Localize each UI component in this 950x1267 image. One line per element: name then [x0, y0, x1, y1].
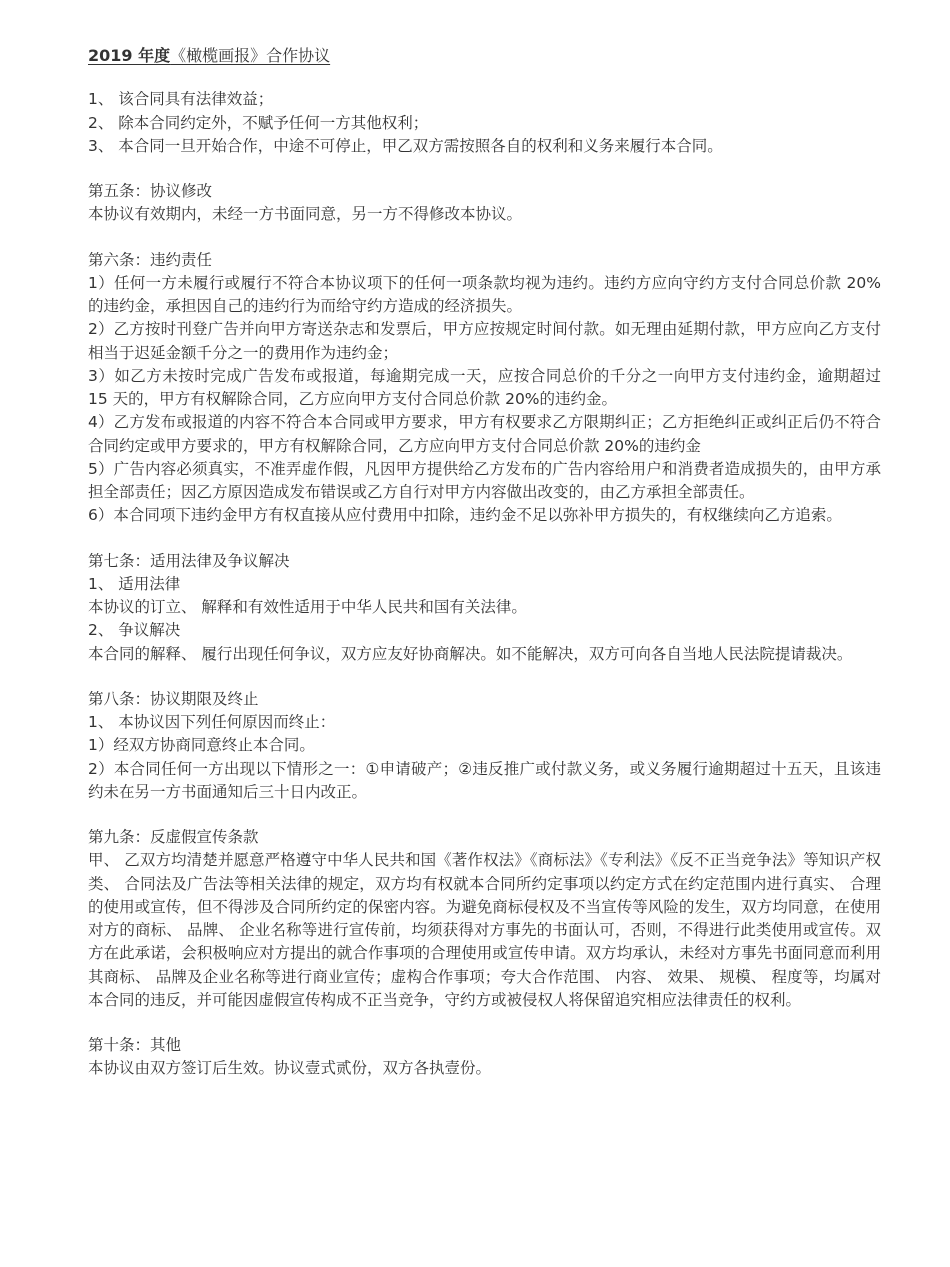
article-8-paragraph-3: 2）本合同任何一方出现以下情形之一：①申请破产；②违反推广或付款义务，或义务履行…	[88, 758, 881, 805]
contract-title-text: 2019 年度《橄榄画报》合作协议	[88, 46, 330, 65]
article-9-paragraph-1: 甲、 乙双方均清楚并愿意严格遵守中华人民共和国《著作权法》《商标法》《专利法》《…	[88, 849, 881, 1012]
intro-clause-1: 1、 该合同具有法律效益；	[88, 88, 881, 111]
contract-document: 2019 年度《橄榄画报》合作协议 1、 该合同具有法律效益； 2、 除本合同约…	[0, 0, 950, 1267]
article-6-paragraph-6: 6）本合同项下违约金甲方有权直接从应付费用中扣除，违约金不足以弥补甲方损失的，有…	[88, 504, 881, 527]
intro-clause-3: 3、 本合同一旦开始合作，中途不可停止，甲乙双方需按照各自的权利和义务来履行本合…	[88, 135, 881, 158]
contract-title-rest: 《橄榄画报》合作协议	[170, 46, 330, 65]
article-6-heading: 第六条：违约责任	[88, 249, 881, 272]
section-article-10: 第十条：其他 本协议由双方签订后生效。协议壹式贰份，双方各执壹份。	[88, 1034, 881, 1081]
section-article-9: 第九条：反虚假宣传条款 甲、 乙双方均清楚并愿意严格遵守中华人民共和国《著作权法…	[88, 826, 881, 1012]
article-6-paragraph-1: 1）任何一方未履行或履行不符合本协议项下的任何一项条款均视为违约。违约方应向守约…	[88, 272, 881, 319]
contract-title-year: 2019 年度	[88, 46, 170, 65]
article-7-paragraph-4: 本合同的解释、 履行出现任何争议，双方应友好协商解决。如不能解决，双方可向各自当…	[88, 643, 881, 666]
article-7-heading: 第七条：适用法律及争议解决	[88, 550, 881, 573]
section-article-8: 第八条：协议期限及终止 1、 本协议因下列任何原因而终止： 1）经双方协商同意终…	[88, 688, 881, 804]
contract-title: 2019 年度《橄榄画报》合作协议	[88, 44, 881, 67]
article-8-paragraph-2: 1）经双方协商同意终止本合同。	[88, 734, 881, 757]
article-6-paragraph-5: 5）广告内容必须真实，不准弄虚作假，凡因甲方提供给乙方发布的广告内容给用户和消费…	[88, 458, 881, 505]
article-5-paragraph-1: 本协议有效期内，未经一方书面同意，另一方不得修改本协议。	[88, 203, 881, 226]
intro-clause-2: 2、 除本合同约定外，不赋予任何一方其他权利；	[88, 112, 881, 135]
article-9-heading: 第九条：反虚假宣传条款	[88, 826, 881, 849]
intro-clauses: 1、 该合同具有法律效益； 2、 除本合同约定外，不赋予任何一方其他权利； 3、…	[88, 88, 881, 158]
section-article-6: 第六条：违约责任 1）任何一方未履行或履行不符合本协议项下的任何一项条款均视为违…	[88, 249, 881, 528]
section-article-7: 第七条：适用法律及争议解决 1、 适用法律 本协议的订立、 解释和有效性适用于中…	[88, 550, 881, 666]
article-10-paragraph-1: 本协议由双方签订后生效。协议壹式贰份，双方各执壹份。	[88, 1057, 881, 1080]
article-10-heading: 第十条：其他	[88, 1034, 881, 1057]
article-6-paragraph-4: 4）乙方发布或报道的内容不符合本合同或甲方要求，甲方有权要求乙方限期纠正；乙方拒…	[88, 411, 881, 458]
article-6-paragraph-3: 3）如乙方未按时完成广告发布或报道，每逾期完成一天，应按合同总价的千分之一向甲方…	[88, 365, 881, 412]
article-7-paragraph-3: 2、 争议解决	[88, 619, 881, 642]
article-8-paragraph-1: 1、 本协议因下列任何原因而终止：	[88, 711, 881, 734]
article-7-paragraph-1: 1、 适用法律	[88, 573, 881, 596]
article-7-paragraph-2: 本协议的订立、 解释和有效性适用于中华人民共和国有关法律。	[88, 596, 881, 619]
article-6-paragraph-2: 2）乙方按时刊登广告并向甲方寄送杂志和发票后，甲方应按规定时间付款。如无理由延期…	[88, 318, 881, 365]
article-8-heading: 第八条：协议期限及终止	[88, 688, 881, 711]
article-5-heading: 第五条：协议修改	[88, 180, 881, 203]
section-article-5: 第五条：协议修改 本协议有效期内，未经一方书面同意，另一方不得修改本协议。	[88, 180, 881, 227]
